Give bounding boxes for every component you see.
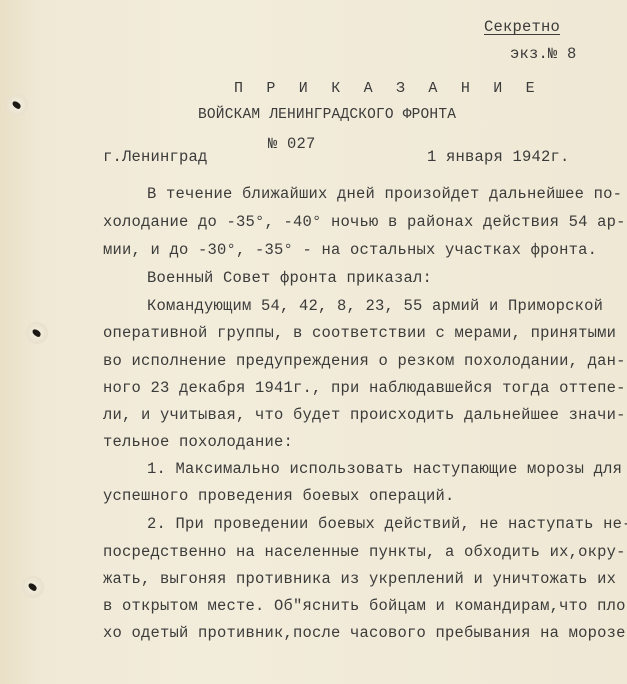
place: г.Ленинград xyxy=(103,148,208,166)
order-item-1: 1. Максимально использовать наступающие … xyxy=(147,460,622,478)
punch-hole-icon xyxy=(6,94,28,116)
body-line: мии, и до -30°, -35° - на остальных учас… xyxy=(103,241,597,259)
body-line: Командующим 54, 42, 8, 23, 55 армий и Пр… xyxy=(147,297,603,315)
copy-number: экз.№ 8 xyxy=(510,45,577,63)
body-line: успешного проведения боевых операций. xyxy=(103,487,455,505)
body-line: во исполнение предупреждения о резком по… xyxy=(103,352,626,370)
order-number: № 027 xyxy=(268,135,316,153)
document-page: Секретно экз.№ 8 П Р И К А З А Н И Е ВОЙ… xyxy=(0,0,627,684)
body-line: ного 23 декабря 1941г., при наблюдавшейс… xyxy=(103,379,626,397)
body-line: В течение ближайших дней произойдет даль… xyxy=(147,185,622,203)
body-line: жать, выгоняя противника из укреплений и… xyxy=(103,570,616,588)
body-line: ли, и учитывая, что будет происходить да… xyxy=(103,406,626,424)
document-title: П Р И К А З А Н И Е xyxy=(234,80,542,97)
body-line: в открытом месте. Об"яснить бойцам и ком… xyxy=(103,597,627,615)
body-line: Военный Совет фронта приказал: xyxy=(147,269,432,287)
date: 1 января 1942г. xyxy=(427,148,570,166)
classification-stamp: Секретно xyxy=(484,18,560,36)
order-item-2: 2. При проведении боевых действий, не на… xyxy=(147,515,627,533)
body-line: тельное похолодание: xyxy=(103,433,293,451)
body-line: хо одетый противник,после часового пребы… xyxy=(103,624,627,642)
document-subtitle: ВОЙСКАМ ЛЕНИНГРАДСКОГО ФРОНТА xyxy=(198,107,456,123)
body-line: оперативной группы, в соответствии с мер… xyxy=(103,324,616,342)
body-line: холодание до -35°, -40° ночью в районах … xyxy=(103,213,626,231)
punch-hole-icon xyxy=(26,322,48,344)
punch-hole-icon xyxy=(22,576,44,598)
body-line: посредственно на населенные пункты, а об… xyxy=(103,543,626,561)
